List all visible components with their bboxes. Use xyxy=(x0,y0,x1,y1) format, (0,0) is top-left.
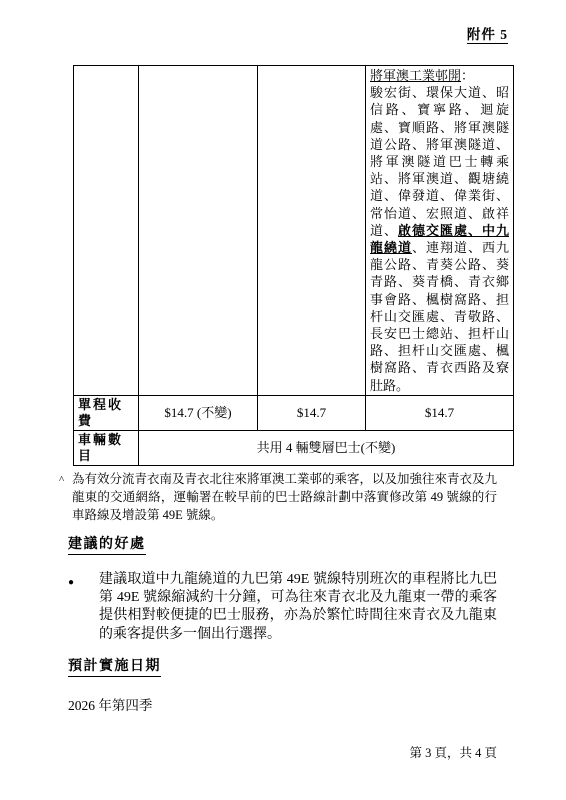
implementation-date: 2026 年第四季 xyxy=(68,698,508,714)
empty-cell-3 xyxy=(258,66,366,396)
implementation-heading-text: 預計實施日期 xyxy=(68,659,161,677)
vehicles-value: 共用 4 輛雙層巴士(不變) xyxy=(139,430,514,465)
benefits-heading-text: 建議的好處 xyxy=(68,537,146,555)
empty-cell-1 xyxy=(74,66,139,396)
route-description-row: 將軍澳工業邨開： 駿宏街、環保大道、昭信路、寶寧路、迴旋處、寶順路、將軍澳隧道公… xyxy=(74,66,514,396)
benefits-section-heading: 建議的好處 xyxy=(68,537,508,555)
benefits-bullet-text: 建議取道中九龍繞道的九巴第 49E 號線特別班次的車程將比九巴第 49E 號線縮… xyxy=(99,571,497,644)
fare-row-label: 單程收費 xyxy=(74,395,139,430)
footnote-marker: ^ xyxy=(59,470,72,524)
fare-value-3: $14.7 xyxy=(366,395,514,430)
fare-value-2: $14.7 xyxy=(258,395,366,430)
document-page: 附件 5 將軍澳工業邨開： 駿宏街、環保大道、昭信路、寶寧路、迴旋處、寶順路、將… xyxy=(0,0,566,800)
bullet-icon: ● xyxy=(68,571,99,644)
footnote: ^ 為有效分流青衣南及青衣北往來將軍澳工業邨的乘客，以及加強往來青衣及九龍東的交… xyxy=(59,470,497,524)
vehicles-row: 車輛數目 共用 4 輛雙層巴士(不變) xyxy=(74,430,514,465)
route-description-cell: 將軍澳工業邨開： 駿宏街、環保大道、昭信路、寶寧路、迴旋處、寶順路、將軍澳隧道公… xyxy=(366,66,514,396)
annex-row: 附件 5 xyxy=(68,26,508,44)
bus-route-table: 將軍澳工業邨開： 駿宏街、環保大道、昭信路、寶寧路、迴旋處、寶順路、將軍澳隧道公… xyxy=(73,65,514,466)
footnote-text: 為有效分流青衣南及青衣北往來將軍澳工業邨的乘客，以及加強往來青衣及九龍東的交通網… xyxy=(72,470,497,524)
benefits-bullet-item: ● 建議取道中九龍繞道的九巴第 49E 號線特別班次的車程將比九巴第 49E 號… xyxy=(68,571,497,644)
fare-row: 單程收費 $14.7 (不變) $14.7 $14.7 xyxy=(74,395,514,430)
route-origin-colon: ： xyxy=(461,68,474,83)
implementation-section-heading: 預計實施日期 xyxy=(68,659,508,677)
route-streets-after: 、連翔道、西九龍公路、青葵公路、葵青路、葵青橋、青衣鄉事會路、楓樹窩路、担杆山交… xyxy=(370,240,509,393)
route-origin-heading: 將軍澳工業邨開： xyxy=(370,67,509,84)
route-streets-paragraph: 駿宏街、環保大道、昭信路、寶寧路、迴旋處、寶順路、將軍澳隧道公路、將軍澳隧道、將… xyxy=(370,84,509,394)
empty-cell-2 xyxy=(139,66,258,396)
annex-label: 附件 5 xyxy=(467,27,508,44)
route-origin-text: 將軍澳工業邨開 xyxy=(370,68,461,83)
page-number-footer: 第 3 頁，共 4 頁 xyxy=(409,746,497,761)
route-streets-before: 駿宏街、環保大道、昭信路、寶寧路、迴旋處、寶順路、將軍澳隧道公路、將軍澳隧道、將… xyxy=(370,85,509,238)
fare-value-1: $14.7 (不變) xyxy=(139,395,258,430)
vehicles-row-label: 車輛數目 xyxy=(74,430,139,465)
page-content: 附件 5 將軍澳工業邨開： 駿宏街、環保大道、昭信路、寶寧路、迴旋處、寶順路、將… xyxy=(0,0,566,714)
